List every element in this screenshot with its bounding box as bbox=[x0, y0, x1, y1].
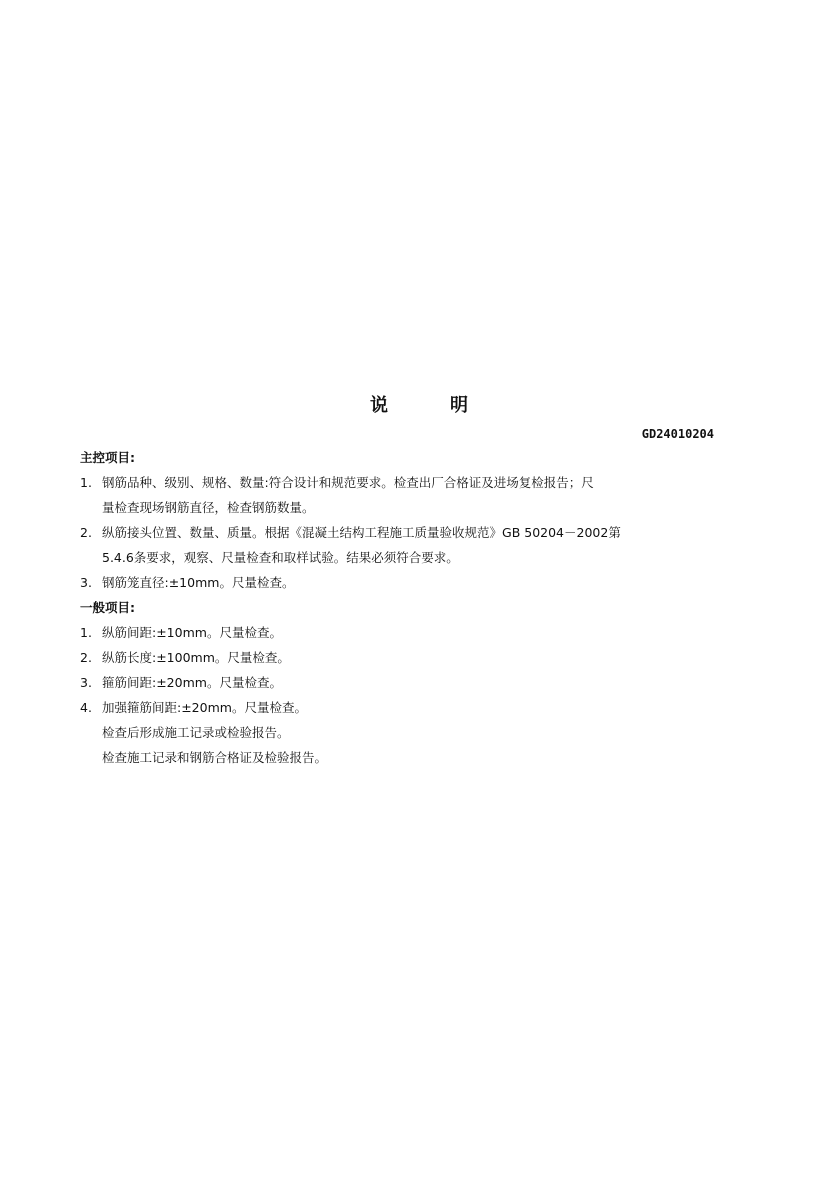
item-number: 1. bbox=[80, 624, 102, 642]
document-page: 说 明 GD24010204 主控项目: 1.钢筋品种、级别、规格、数量:符合设… bbox=[0, 0, 838, 1186]
main-item-1-continuation: 量检查现场钢筋直径，检查钢筋数量。 bbox=[102, 499, 315, 517]
item-text: 箍筋间距:±20mm。尺量检查。 bbox=[102, 675, 282, 690]
item-number: 3. bbox=[80, 574, 102, 592]
main-item-3: 3.钢筋笼直径:±10mm。尺量检查。 bbox=[80, 574, 294, 592]
item-text: 钢筋笼直径:±10mm。尺量检查。 bbox=[102, 575, 294, 590]
item-text: 钢筋品种、级别、规格、数量:符合设计和规范要求。检查出厂合格证及进场复检报告；尺 bbox=[102, 475, 594, 490]
general-item-4: 4.加强箍筋间距:±20mm。尺量检查。 bbox=[80, 699, 307, 717]
item-number: 3. bbox=[80, 674, 102, 692]
item-text: 纵筋接头位置、数量、质量。根据《混凝土结构工程施工质量验收规范》GB 50204… bbox=[102, 525, 621, 540]
main-item-2: 2.纵筋接头位置、数量、质量。根据《混凝土结构工程施工质量验收规范》GB 502… bbox=[80, 524, 621, 542]
general-heading: 一般项目: bbox=[80, 599, 135, 617]
document-code: GD24010204 bbox=[642, 426, 714, 442]
main-item-2-continuation: 5.4.6条要求，观察、尺量检查和取样试验。结果必须符合要求。 bbox=[102, 549, 459, 567]
item-number: 2. bbox=[80, 524, 102, 542]
general-item-1: 1.纵筋间距:±10mm。尺量检查。 bbox=[80, 624, 282, 642]
item-number: 2. bbox=[80, 649, 102, 667]
item-number: 1. bbox=[80, 474, 102, 492]
general-item-3: 3.箍筋间距:±20mm。尺量检查。 bbox=[80, 674, 282, 692]
item-number: 4. bbox=[80, 699, 102, 717]
item-text: 加强箍筋间距:±20mm。尺量检查。 bbox=[102, 700, 307, 715]
main-item-1: 1.钢筋品种、级别、规格、数量:符合设计和规范要求。检查出厂合格证及进场复检报告… bbox=[80, 474, 594, 492]
item-text: 纵筋长度:±100mm。尺量检查。 bbox=[102, 650, 290, 665]
item-text: 纵筋间距:±10mm。尺量检查。 bbox=[102, 625, 282, 640]
general-item-2: 2.纵筋长度:±100mm。尺量检查。 bbox=[80, 649, 290, 667]
general-note-2: 检查施工记录和钢筋合格证及检验报告。 bbox=[102, 749, 327, 767]
general-note-1: 检查后形成施工记录或检验报告。 bbox=[102, 724, 290, 742]
page-title: 说 明 bbox=[0, 394, 838, 418]
main-control-heading: 主控项目: bbox=[80, 449, 135, 467]
